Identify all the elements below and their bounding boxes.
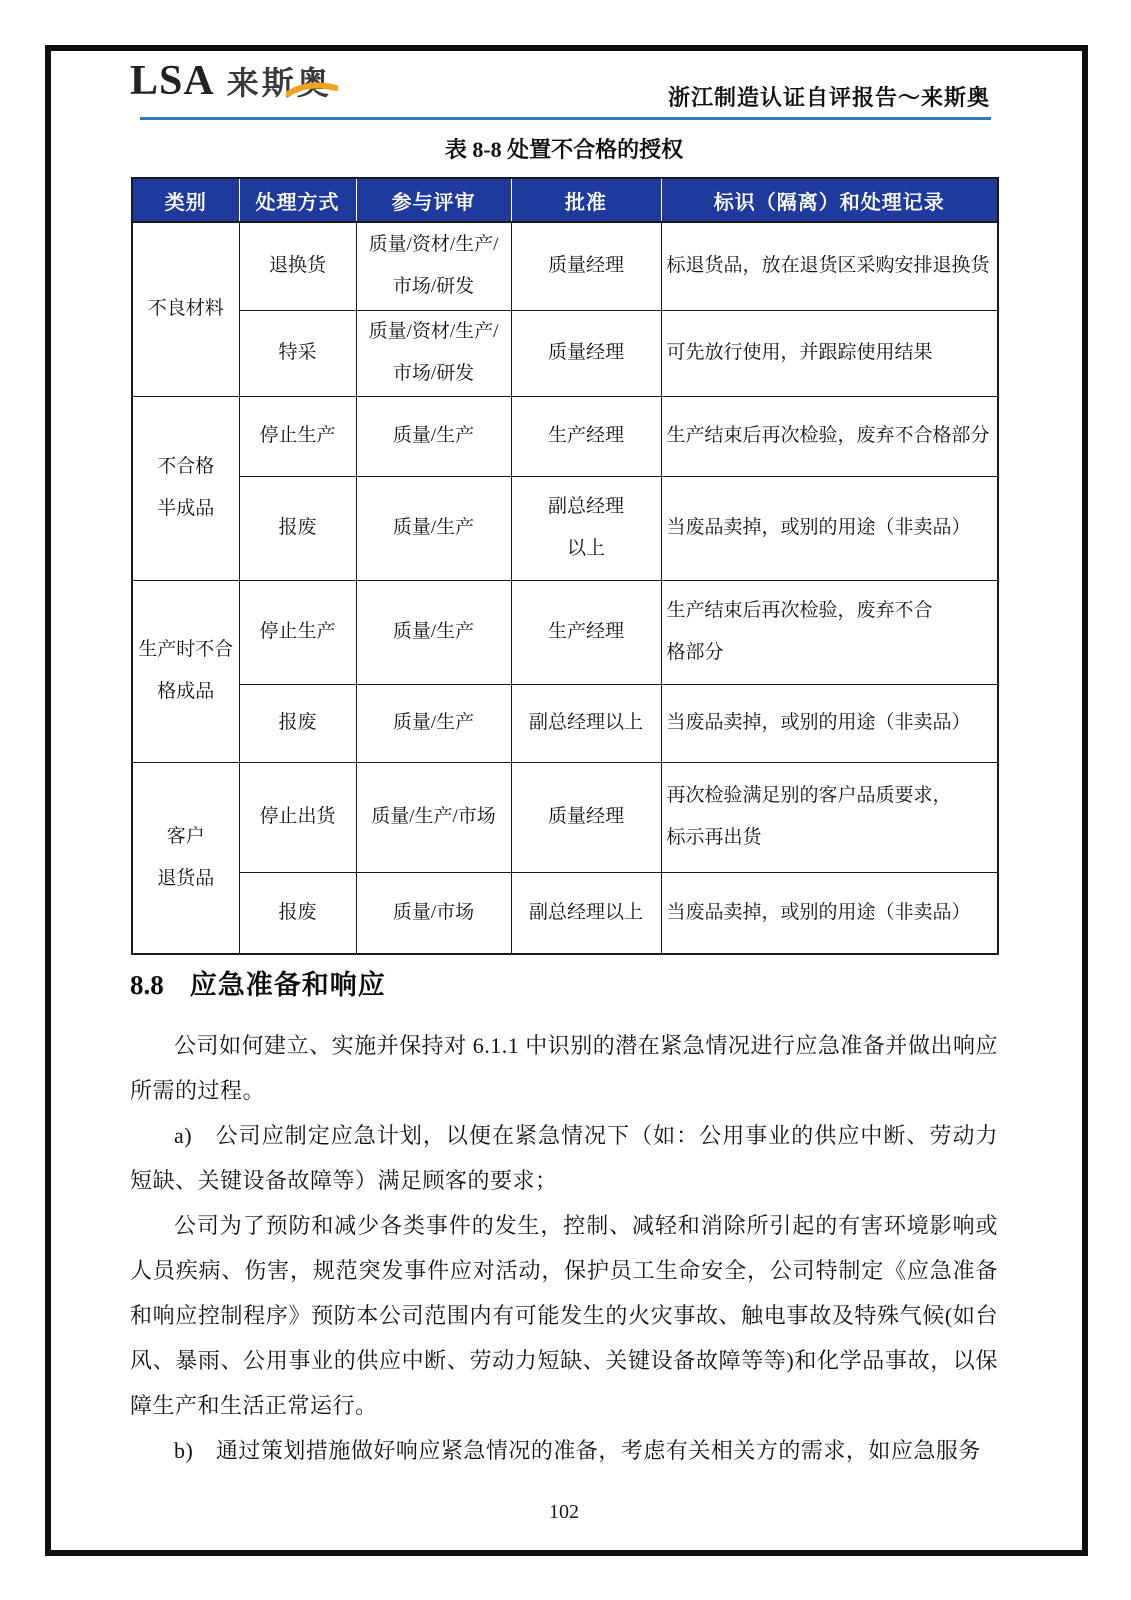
approve-cell: 质量经理: [511, 222, 661, 310]
paragraph-item-a: a) 公司应制定应急计划，以便在紧急情况下（如：公用事业的供应中断、劳动力短缺、…: [130, 1113, 998, 1203]
paragraph: 公司如何建立、实施并保持对 6.1.1 中识别的潜在紧急情况进行应急准备并做出响…: [130, 1023, 998, 1113]
record-cell: 当废品卖掉，或别的用途（非卖品）: [661, 684, 998, 762]
category-cell: 客户 退货品: [132, 762, 239, 954]
table-row: 不合格 半成品 停止生产 质量/生产 生产经理 生产结束后再次检验，废弃不合格部…: [132, 396, 998, 476]
header-divider-rule: [140, 117, 991, 120]
section-number: 8.8: [130, 970, 164, 1000]
method-cell: 停止出货: [239, 762, 356, 872]
method-cell: 退换货: [239, 222, 356, 310]
company-logo: LSA 来斯奥: [130, 57, 332, 105]
review-cell: 质量/生产: [356, 580, 511, 684]
col-header-approve: 批准: [511, 178, 661, 222]
review-cell: 质量/生产: [356, 684, 511, 762]
paragraph-item-b: b) 通过策划措施做好响应紧急情况的准备，考虑有关相关方的需求，如应急服务: [130, 1428, 998, 1473]
method-cell: 报废: [239, 684, 356, 762]
table-row: 客户 退货品 停止出货 质量/生产/市场 质量经理 再次检验满足别的客户品质要求…: [132, 762, 998, 872]
record-cell: 生产结束后再次检验，废弃不合格部分: [661, 396, 998, 476]
section-heading: 8.8应急准备和响应: [130, 963, 998, 1007]
approve-cell: 质量经理: [511, 762, 661, 872]
review-cell: 质量/生产: [356, 396, 511, 476]
record-cell: 当废品卖掉，或别的用途（非卖品）: [661, 872, 998, 954]
table-header-row: 类别 处理方式 参与评审 批准 标识（隔离）和处理记录: [132, 178, 998, 222]
disposition-authorization-table: 类别 处理方式 参与评审 批准 标识（隔离）和处理记录 不良材料 退换货 质量/…: [131, 177, 999, 955]
col-header-method: 处理方式: [239, 178, 356, 222]
logo-lsa-text: LSA: [130, 57, 215, 105]
page-frame: LSA 来斯奥 浙江制造认证自评报告～来斯奥 表 8-8 处置不合格的授权 类别…: [45, 45, 1088, 1556]
method-cell: 停止生产: [239, 580, 356, 684]
section-title: 应急准备和响应: [190, 970, 386, 1000]
approve-cell: 质量经理: [511, 310, 661, 396]
method-cell: 停止生产: [239, 396, 356, 476]
approve-cell: 副总经理以上: [511, 684, 661, 762]
table-row: 报废 质量/市场 副总经理以上 当废品卖掉，或别的用途（非卖品）: [132, 872, 998, 954]
table-caption: 表 8-8 处置不合格的授权: [131, 133, 997, 164]
col-header-review: 参与评审: [356, 178, 511, 222]
body-text-block: 8.8应急准备和响应 公司如何建立、实施并保持对 6.1.1 中识别的潜在紧急情…: [130, 963, 998, 1524]
review-cell: 质量/生产/市场: [356, 762, 511, 872]
record-cell: 当废品卖掉，或别的用途（非卖品）: [661, 476, 998, 580]
record-cell: 生产结束后再次检验，废弃不合 格部分: [661, 580, 998, 684]
method-cell: 报废: [239, 872, 356, 954]
table-row: 报废 质量/生产 副总经理以上 当废品卖掉，或别的用途（非卖品）: [132, 684, 998, 762]
table-row: 生产时不合 格成品 停止生产 质量/生产 生产经理 生产结束后再次检验，废弃不合…: [132, 580, 998, 684]
approve-cell: 生产经理: [511, 580, 661, 684]
table-row: 特采 质量/资材/生产/ 市场/研发 质量经理 可先放行使用，并跟踪使用结果: [132, 310, 998, 396]
review-cell: 质量/资材/生产/ 市场/研发: [356, 310, 511, 396]
record-cell: 可先放行使用，并跟踪使用结果: [661, 310, 998, 396]
page-number: 102: [130, 1501, 998, 1524]
record-cell: 标退货品，放在退货区采购安排退换货: [661, 222, 998, 310]
report-title: 浙江制造认证自评报告～来斯奥: [668, 81, 990, 112]
col-header-record: 标识（隔离）和处理记录: [661, 178, 998, 222]
method-cell: 报废: [239, 476, 356, 580]
category-cell: 生产时不合 格成品: [132, 580, 239, 762]
review-cell: 质量/市场: [356, 872, 511, 954]
record-cell: 再次检验满足别的客户品质要求， 标示再出货: [661, 762, 998, 872]
category-cell: 不良材料: [132, 222, 239, 396]
review-cell: 质量/资材/生产/ 市场/研发: [356, 222, 511, 310]
approve-cell: 副总经理 以上: [511, 476, 661, 580]
col-header-category: 类别: [132, 178, 239, 222]
method-cell: 特采: [239, 310, 356, 396]
category-cell: 不合格 半成品: [132, 396, 239, 580]
paragraph: 公司为了预防和减少各类事件的发生，控制、减轻和消除所引起的有害环境影响或人员疾病…: [130, 1203, 998, 1428]
review-cell: 质量/生产: [356, 476, 511, 580]
logo-swoosh-icon: [286, 80, 338, 98]
approve-cell: 生产经理: [511, 396, 661, 476]
table-row: 不良材料 退换货 质量/资材/生产/ 市场/研发 质量经理 标退货品，放在退货区…: [132, 222, 998, 310]
approve-cell: 副总经理以上: [511, 872, 661, 954]
table-row: 报废 质量/生产 副总经理 以上 当废品卖掉，或别的用途（非卖品）: [132, 476, 998, 580]
